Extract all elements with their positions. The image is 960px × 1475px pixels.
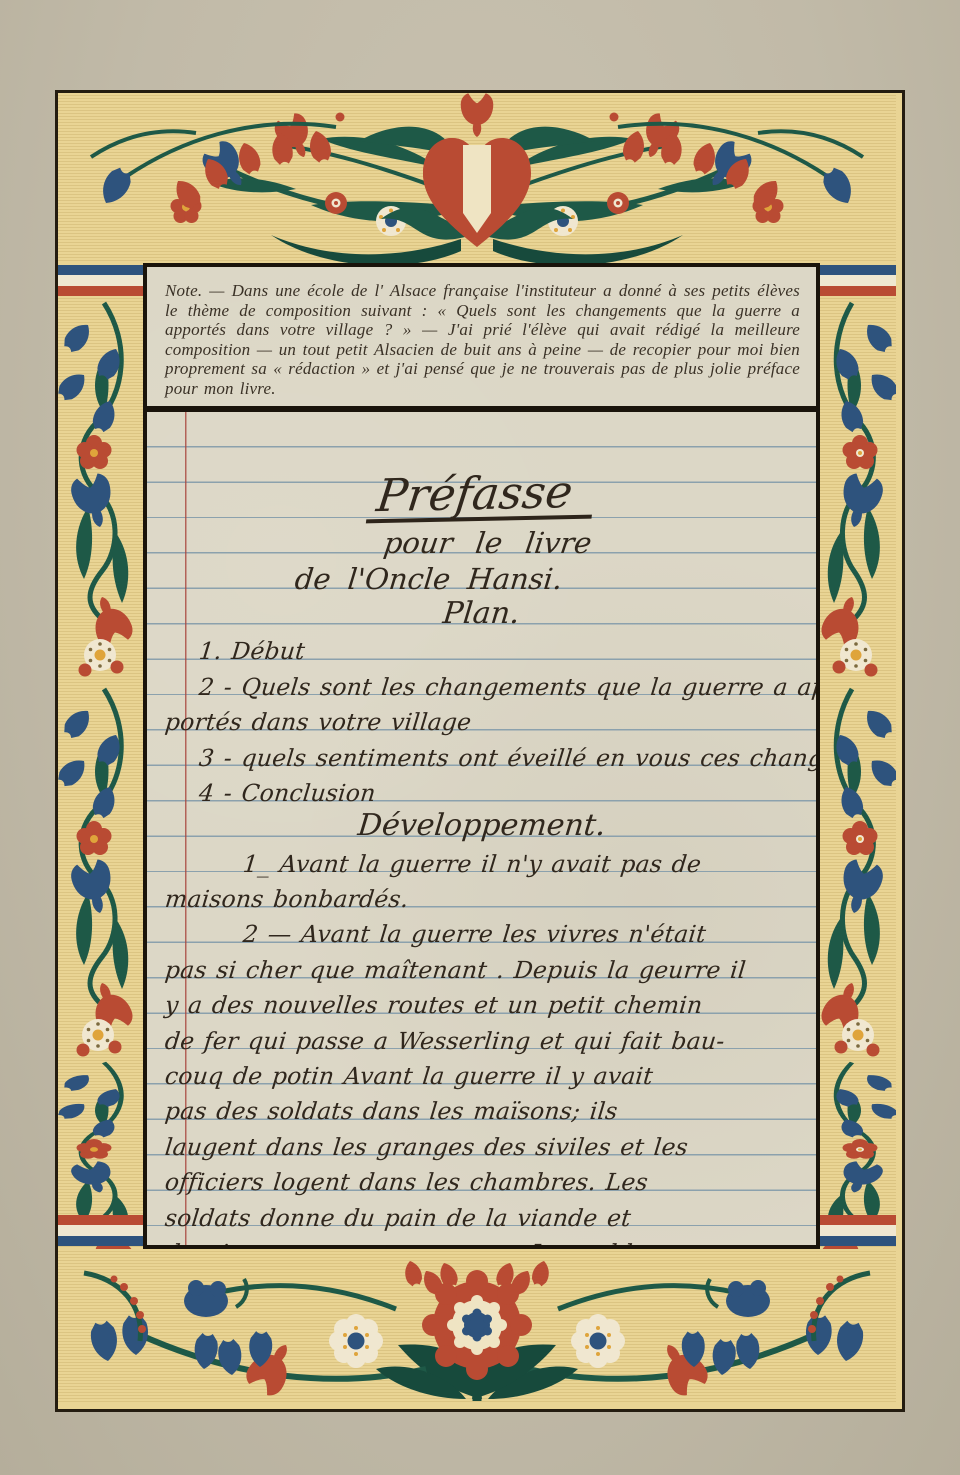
manuscript-line: Plan.	[147, 592, 816, 627]
manuscript-panel: Note. — Dans une école de l' Alsace fran…	[143, 263, 820, 1249]
manuscript-line: Développement.	[147, 805, 816, 840]
manuscript-lines: Préfassepour le livrede l'Oncle Hansi.Pl…	[147, 412, 816, 1245]
manuscript-line: Préfasse	[147, 447, 816, 521]
manuscript-line: de fer qui passe a Wesserling et qui fai…	[147, 1017, 816, 1052]
manuscript-line: 2 - Quels sont les changements que la gu…	[147, 663, 816, 698]
manuscript-line: 1_ Avant la guerre il n'y avait pas de	[147, 840, 816, 875]
tricolor-block-bottom-right	[820, 1215, 896, 1246]
top-floral-border	[58, 93, 896, 263]
manuscript-line: de l'Oncle Hansi.	[147, 557, 816, 592]
manuscript-line: pour le livre	[147, 521, 816, 556]
right-floral-border	[820, 263, 896, 1249]
tricolor-block-bottom-left	[58, 1215, 143, 1246]
manuscript-line: couq de potin Avant la guerre il y avait	[147, 1052, 816, 1087]
manuscript-line: 1. Début	[147, 628, 816, 663]
decorated-plate: Note. — Dans une école de l' Alsace fran…	[55, 90, 905, 1412]
manuscript-line: y a des nouvelles routes et un petit che…	[147, 981, 816, 1016]
manuscript-line: maisons bonbardés.	[147, 875, 816, 910]
manuscript-line: 4 - Conclusion	[147, 769, 816, 804]
bottom-floral-border	[58, 1249, 896, 1403]
tricolor-block-top-right	[820, 265, 896, 296]
manuscript-line: officiers logent dans les chambres. Les	[147, 1158, 816, 1193]
manuscript-line: laugent dans les granges des siviles et …	[147, 1123, 816, 1158]
manuscript-line	[147, 412, 816, 447]
right-border-art	[820, 263, 896, 1249]
manuscript-line: 2 — Avant la guerre les vivres n'était	[147, 911, 816, 946]
printed-note: Note. — Dans une école de l' Alsace fran…	[147, 267, 816, 412]
manuscript-line: pas si cher que maîtenant . Depuis la ge…	[147, 946, 816, 981]
manuscript-line: 3 - quels sentiments ont éveillé en vous…	[147, 734, 816, 769]
scanned-book-page: { "colors":{ "page_background":"#c1baa8"…	[0, 0, 960, 1475]
manuscript-line: pas des soldats dans les maïsons; ils	[147, 1088, 816, 1123]
bottom-border-art	[58, 1249, 896, 1403]
top-border-art	[58, 93, 896, 263]
ruled-notebook-paper: Préfassepour le livrede l'Oncle Hansi.Pl…	[147, 412, 816, 1245]
manuscript-line: portés dans votre village	[147, 698, 816, 733]
tricolor-block-top-left	[58, 265, 143, 296]
left-border-art	[58, 263, 143, 1249]
manuscript-line: soldats donne du pain de la viande et	[147, 1194, 816, 1229]
left-floral-border	[58, 263, 143, 1249]
